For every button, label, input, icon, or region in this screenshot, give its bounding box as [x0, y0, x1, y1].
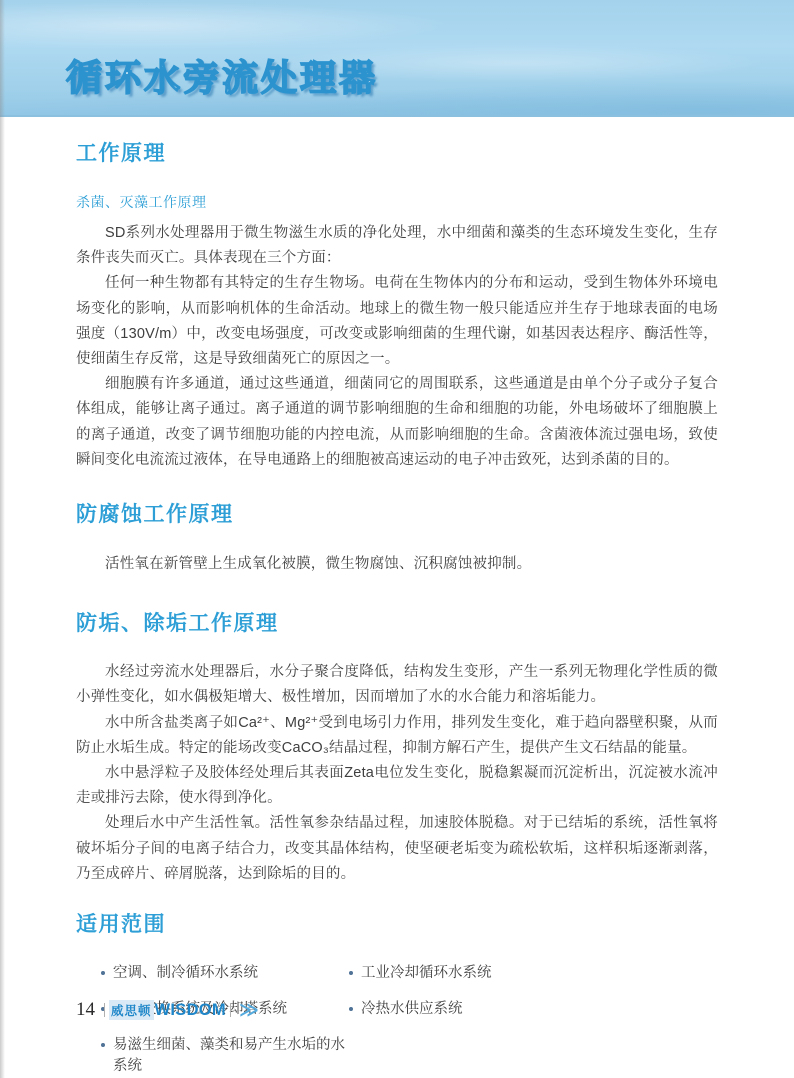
paragraph: 水中所含盐类离子如Ca²⁺、Mg²⁺受到电场引力作用，排列发生变化，难于趋向器壁… — [76, 711, 718, 761]
section-heading-anti-scale: 防垢、除垢工作原理 — [76, 607, 718, 637]
section-anti-scale: 防垢、除垢工作原理 水经过旁流水处理器后，水分子聚合度降低，结构发生变形，产生一… — [76, 607, 718, 887]
list-item: 冷热水供应系统 — [348, 999, 718, 1020]
footer-divider — [230, 1003, 231, 1017]
paragraph: 活性氧在新管壁上生成氧化被膜，微生物腐蚀、沉积腐蚀被抑制。 — [76, 552, 718, 577]
paragraph: 任何一种生物都有其特定的生存生物场。电荷在生物体内的分布和运动，受到生物体外环境… — [76, 271, 718, 372]
paragraph-group: 活性氧在新管壁上生成氧化被膜，微生物腐蚀、沉积腐蚀被抑制。 — [76, 552, 718, 577]
header-banner: 循环水旁流处理器 — [0, 0, 794, 117]
page-number: 14 — [76, 999, 95, 1021]
bullet-icon — [101, 971, 105, 975]
page-title: 循环水旁流处理器 — [66, 50, 378, 101]
brand-logo-english: WISDOM — [155, 1001, 226, 1020]
list-item-label: 空调、制冷循环水系统 — [113, 965, 258, 981]
page-edge-shadow — [0, 0, 5, 1078]
page-content: 工作原理 杀菌、灭藻工作原理 SD系列水处理器用于微生物滋生水质的净化处理，水中… — [0, 137, 794, 1077]
page-footer: 14 威思顿 WISDOM ≫ — [76, 999, 259, 1021]
list-item: 易滋生细菌、藻类和易产生水垢的水系统 — [100, 1035, 348, 1077]
list-item-label: 冷热水供应系统 — [361, 1001, 463, 1017]
chevron-double-right-icon: ≫ — [239, 1001, 259, 1020]
paragraph-group: SD系列水处理器用于微生物滋生水质的净化处理，水中细菌和藻类的生态环境发生变化，… — [76, 221, 718, 473]
list-item: 工业冷却循环水系统 — [348, 963, 718, 984]
bullet-icon — [101, 1043, 105, 1047]
section-anti-corrosion: 防腐蚀工作原理 活性氧在新管壁上生成氧化被膜，微生物腐蚀、沉积腐蚀被抑制。 — [76, 498, 718, 577]
section-heading-applications: 适用范围 — [76, 908, 718, 938]
section-applications: 适用范围 空调、制冷循环水系统 工业冷却循环水系统 各热交换系统及冷却塔系统 冷… — [76, 908, 718, 1077]
paragraph: 细胞膜有许多通道，通过这些通道，细菌同它的周围联系，这些通道是由单个分子或分子复… — [76, 372, 718, 473]
paragraph: 水中悬浮粒子及胶体经处理后其表面Zeta电位发生变化，脱稳絮凝而沉淀析出，沉淀被… — [76, 761, 718, 811]
paragraph: 处理后水中产生活性氧。活性氧参杂结晶过程，加速胶体脱稳。对于已结垢的系统，活性氧… — [76, 811, 718, 887]
section-working-principle: 工作原理 杀菌、灭藻工作原理 SD系列水处理器用于微生物滋生水质的净化处理，水中… — [76, 137, 718, 473]
brand-logo-chinese: 威思顿 — [109, 1000, 154, 1020]
list-item: 空调、制冷循环水系统 — [100, 963, 348, 984]
list-item-label: 工业冷却循环水系统 — [361, 965, 492, 981]
paragraph-group: 水经过旁流水处理器后，水分子聚合度降低，结构发生变形，产生一系列无物理化学性质的… — [76, 660, 718, 887]
section-heading-anti-corrosion: 防腐蚀工作原理 — [76, 498, 718, 528]
section-heading-working-principle: 工作原理 — [76, 137, 718, 167]
bullet-icon — [349, 971, 353, 975]
paragraph: 水经过旁流水处理器后，水分子聚合度降低，结构发生变形，产生一系列无物理化学性质的… — [76, 660, 718, 710]
list-item-label: 易滋生细菌、藻类和易产生水垢的水系统 — [113, 1037, 345, 1074]
bullet-icon — [349, 1007, 353, 1011]
footer-divider — [104, 1003, 105, 1017]
sub-heading-sterilization: 杀菌、灭藻工作原理 — [76, 192, 718, 212]
paragraph: SD系列水处理器用于微生物滋生水质的净化处理，水中细菌和藻类的生态环境发生变化，… — [76, 221, 718, 271]
